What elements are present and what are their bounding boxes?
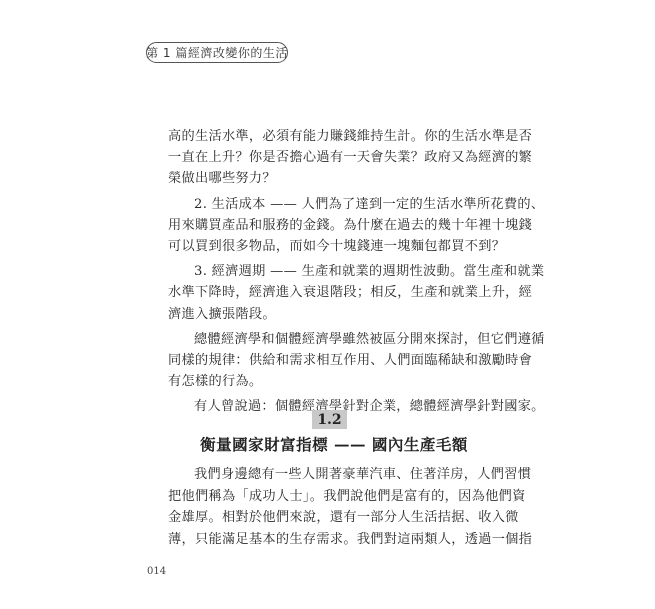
section-title: 衡量國家財富指標 —— 國內生產毛額 [168, 433, 500, 455]
text-line: 我們身邊總有一些人開著豪華汽車、住著洋房，人們習慣 [168, 464, 500, 486]
text-line: 3. 經濟週期 —— 生產和就業的週期性波動。當生產和就業 [168, 261, 500, 282]
text-line: 總體經濟學和個體經濟學雖然被區分開來探討，但它們遵循 [168, 329, 500, 350]
text-line: 把他們稱為「成功人士」。我們說他們是富有的，因為他們資 [168, 486, 500, 508]
text-line: 2. 生活成本 —— 人們為了達到一定的生活水準所花費的、 [168, 194, 500, 215]
paragraph-gdp-intro: 我們身邊總有一些人開著豪華汽車、住著洋房，人們習慣 把他們稱為「成功人士」。我們… [168, 464, 500, 550]
part-title: 經濟改變你的生活 [188, 44, 288, 61]
paragraph-business-cycle: 3. 經濟週期 —— 生產和就業的週期性波動。當生產和就業 水準下降時，經濟進入… [168, 261, 500, 325]
body-text-bottom: 我們身邊總有一些人開著豪華汽車、住著洋房，人們習慣 把他們稱為「成功人士」。我們… [168, 464, 500, 554]
text-line: 金雄厚。相對於他們來說，還有一部分人生活拮据、收入微 [168, 507, 500, 529]
paragraph: 高的生活水準，必須有能力賺錢維持生計。你的生活水準是否 一直在上升？你是否擔心過… [168, 126, 500, 190]
text-line: 水準下降時，經濟進入衰退階段；相反，生產和就業上升，經 [168, 282, 500, 303]
text-line: 用來購買產品和服務的金錢。為什麼在過去的幾十年裡十塊錢 [168, 215, 500, 236]
part-label: 第 1 篇 [146, 44, 188, 61]
section-number-badge: 1.2 [312, 410, 347, 429]
paragraph-cost-of-living: 2. 生活成本 —— 人們為了達到一定的生活水準所花費的、 用來購買產品和服務的… [168, 194, 500, 258]
text-line: 同樣的規律：供給和需求相互作用、人們面臨稀缺和激勵時會 [168, 350, 500, 371]
text-line: 高的生活水準，必須有能力賺錢維持生計。你的生活水準是否 [168, 126, 500, 147]
body-text-top: 高的生活水準，必須有能力賺錢維持生計。你的生活水準是否 一直在上升？你是否擔心過… [168, 126, 500, 422]
running-header: 第 1 篇 經濟改變你的生活 [146, 42, 288, 63]
text-line: 榮做出哪些努力？ [168, 168, 500, 189]
text-line: 薄，只能滿足基本的生存需求。我們對這兩類人，透過一個指 [168, 529, 500, 551]
text-line: 有怎樣的行為。 [168, 371, 500, 392]
text-line: 濟進入擴張階段。 [168, 304, 500, 325]
paragraph-macro-micro: 總體經濟學和個體經濟學雖然被區分開來探討，但它們遵循 同樣的規律：供給和需求相互… [168, 329, 500, 393]
page-number: 014 [147, 566, 166, 577]
text-line: 一直在上升？你是否擔心過有一天會失業？政府又為經濟的繁 [168, 147, 500, 168]
text-line: 可以買到很多物品，而如今十塊錢連一塊麵包都買不到？ [168, 236, 500, 257]
